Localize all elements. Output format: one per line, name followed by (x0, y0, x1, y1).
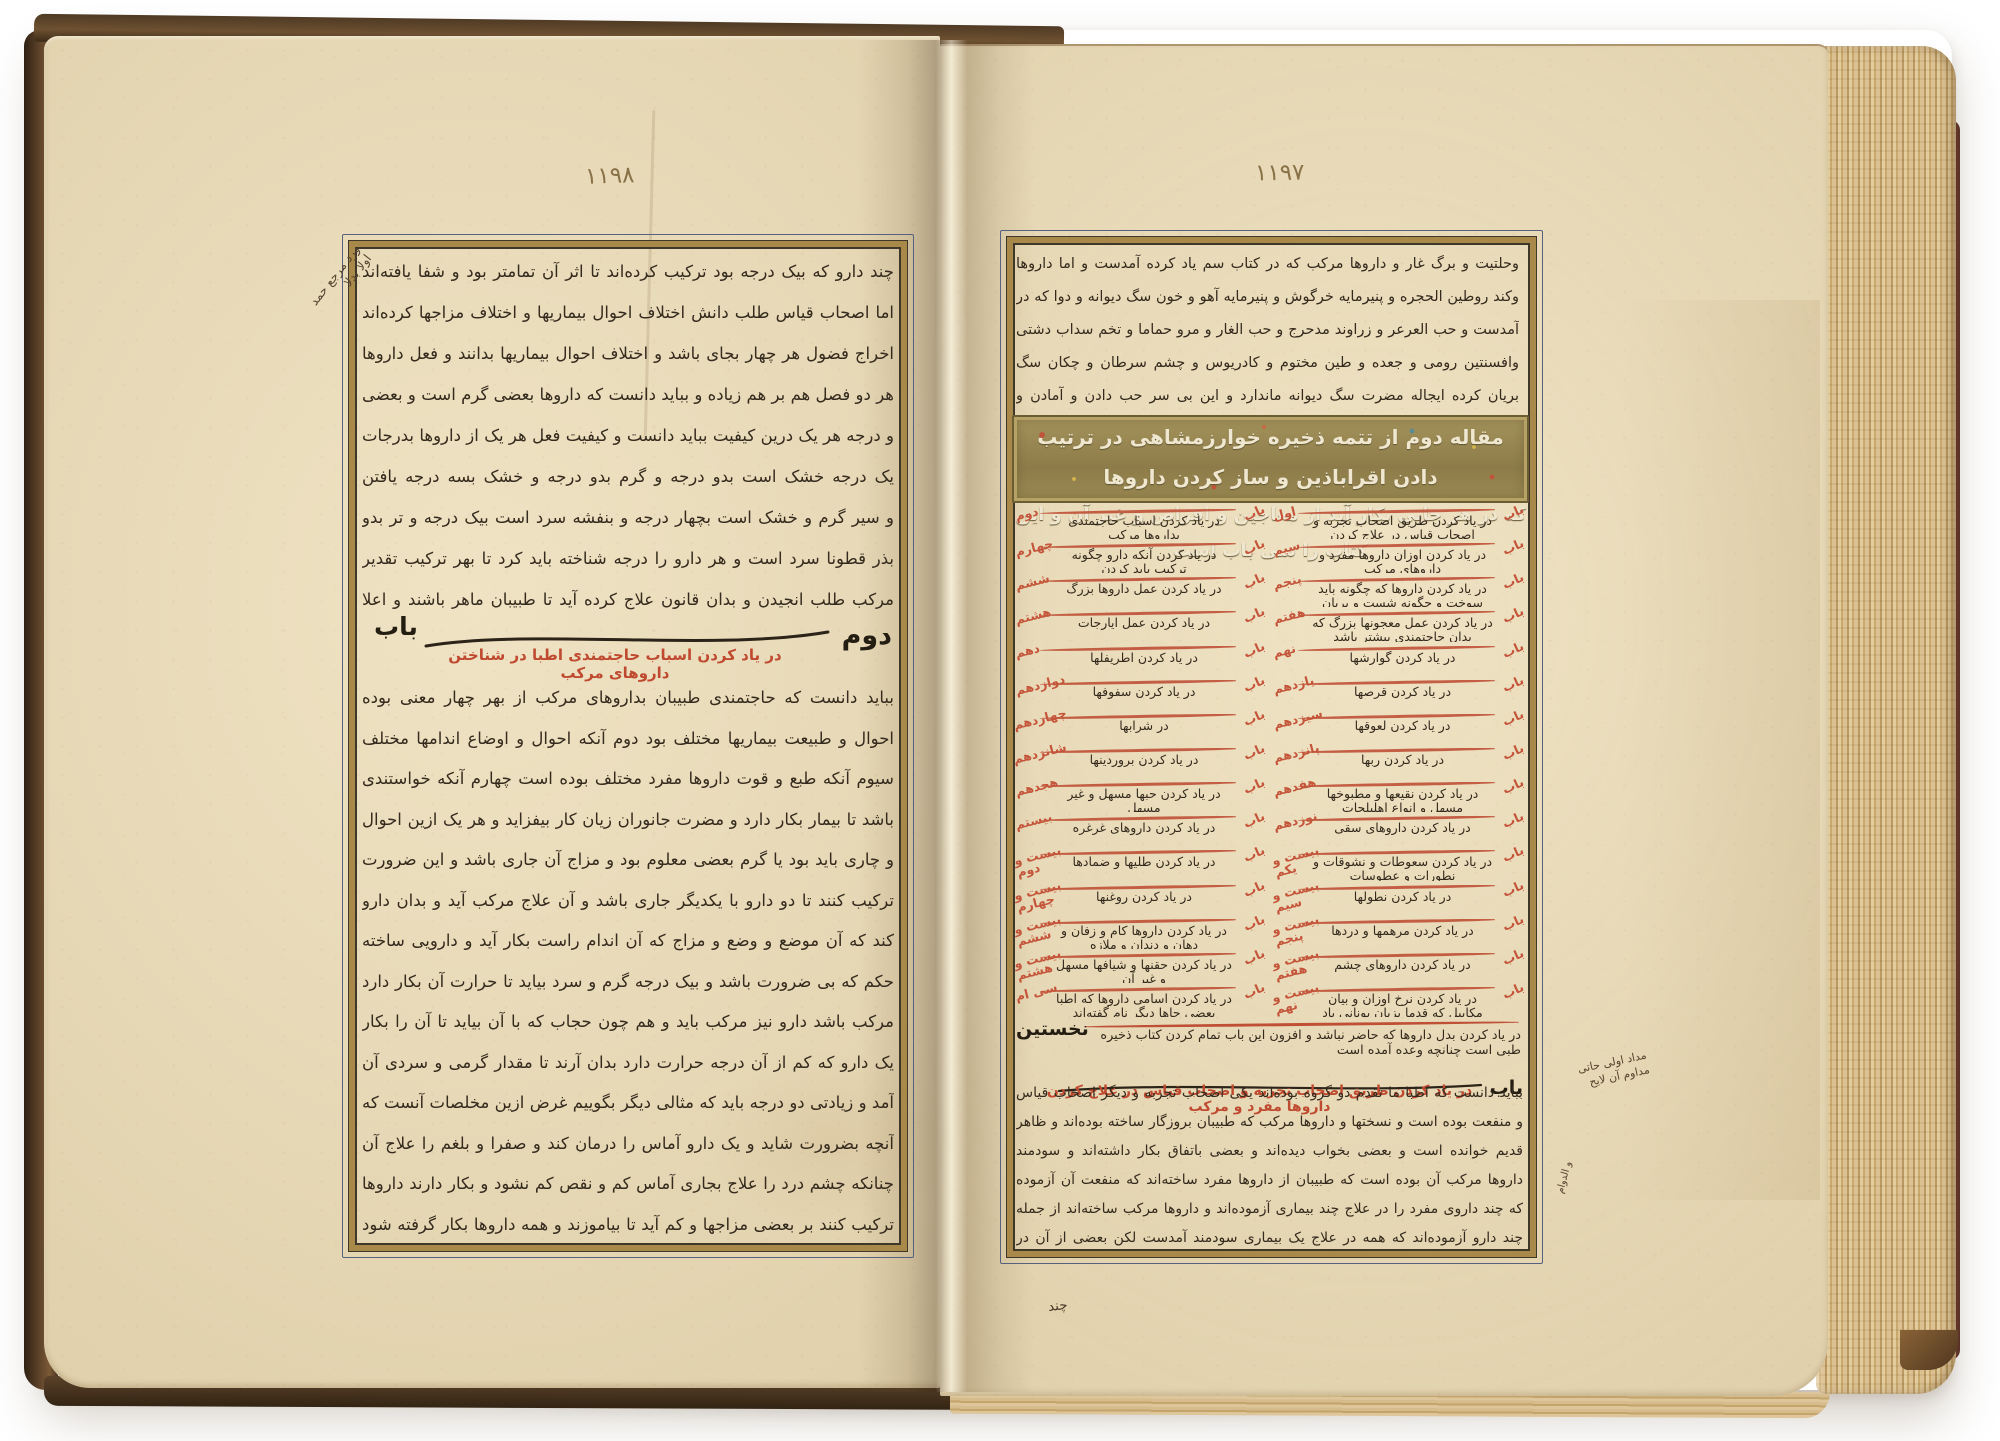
index-column-left: باب دوم در یاد کردن اسباب حاجتمندی بدارو… (1014, 505, 1266, 1017)
manuscript-photo: ١١٩٨ ١١٩٧ چند دارو که بیک درجه بود ترکیب… (0, 0, 2000, 1441)
text-line: بریان کرده ایجاله مضرت سگ دیوانه ماندارد… (1016, 380, 1519, 413)
chapter-ordinal: بیست و دوم (1014, 846, 1069, 879)
text-line: باشد تا بیمار بکار دارد و مضرت جانوران ز… (362, 800, 894, 841)
text-line: مرکب باشد دارو نیز مرکب باید و هم چون حج… (362, 1002, 894, 1043)
chapter-ordinal: بیست و چهارم (1014, 881, 1069, 914)
index-entry: باب بیست و هفتم در یاد کردن داروهای چشم (1272, 949, 1525, 983)
index-entry: باب شانزدهم در یاد کردن بروردینها (1014, 744, 1266, 778)
index-entry: باب هجدهم در یاد کردن حبها مسهل و غیر مس… (1014, 778, 1266, 812)
index-entry: باب هفدهم در یاد کردن نقیعها و مطبوخها م… (1272, 778, 1525, 812)
index-entry-text: در یاد کردن عمل داروها بزرگ (1014, 582, 1266, 596)
bab-word: باب (374, 612, 418, 641)
index-closing-text: در یاد کردن بدل داروها که حاضر نباشد و ا… (1014, 1020, 1525, 1058)
index-entry: باب بیست و دوم در یاد کردن طلیها و ضماده… (1014, 846, 1266, 880)
text-line: وافسنتین رومی و جعده و طین مختوم و کادری… (1016, 347, 1519, 380)
index-entry: باب بیست و پنجم در یاد کردن مرهمها و درد… (1272, 915, 1525, 949)
index-entry: باب بیست و هشتم در یاد کردن حقنها و شیاف… (1014, 949, 1266, 983)
text-line: بذر قطونا سرد است و هر دارو را درجه شناخ… (362, 539, 894, 580)
text-line: اخراج فضول هر چهار بجای باشد و اختلاف اح… (362, 334, 894, 375)
text-line: حکم که بی ضرورت باشد و بیک درجه گرم و سر… (362, 962, 894, 1003)
index-entry: باب بیست و سیم در یاد کردن نطولها (1272, 881, 1525, 915)
text-line: و سیر گرم و خشک است بچهار درجه و بنفشه س… (362, 498, 894, 539)
text-line: آنچه بضرورت شاید و یک دارو آماس را درمان… (362, 1124, 894, 1165)
bab-ordinal-word: نخستین (1016, 1018, 1089, 1040)
paper-stain (1620, 300, 1820, 1200)
folio-number-right: ١١٩٧ (1255, 160, 1305, 187)
chapter-ordinal: دوم (842, 620, 892, 651)
index-entry: باب هفتم در یاد کردن عمل معجونها بزرگ که… (1272, 607, 1525, 641)
index-entry: باب یازدهم در یاد کردن قرصها (1272, 676, 1525, 710)
text-line: کند که آن موضع و وضع و مزاج که آن اندام … (362, 921, 894, 962)
left-page-upper-paragraph: چند دارو که بیک درجه بود ترکیب کرده‌اند … (362, 252, 894, 621)
text-line: چند دارو آزموده‌اند که همه در علاج یک بی… (1016, 1224, 1523, 1253)
text-line: مرکب طلب انجیدن و بدان قانون علاج کرده آ… (362, 580, 894, 621)
index-entry: باب سیم در یاد کردن اوزان داروها مفرد و … (1272, 539, 1525, 573)
text-line: و منفعت بوده است و نسختها و داروها مرکب … (1016, 1108, 1523, 1137)
right-page-upper-paragraph: وحلتیت و برگ غار و داروها مرکب که در کتا… (1016, 248, 1519, 413)
text-line: هر دو فصل هم بر هم زیاده و بباید دانست ک… (362, 375, 894, 416)
index-entry: باب سیزدهم در یاد کردن لعوقها (1272, 710, 1525, 744)
index-entry-text: در یاد کردن اوزان داروها مفرد و داروهای … (1272, 548, 1525, 573)
text-line: یک دارو که کم از آن درجه حرارت دارد بدان… (362, 1043, 894, 1084)
index-column-right: باب اول در یاد کردن طریق اصحاب تجربه و ا… (1272, 505, 1525, 1017)
index-entry: باب بیست و چهارم در یاد کردن روغنها (1014, 881, 1266, 915)
text-line: وحلتیت و برگ غار و داروها مرکب که در کتا… (1016, 248, 1519, 281)
index-entry-text: در یاد کردن عمل معجونها بزرگ که بدان حاج… (1272, 616, 1525, 641)
index-entry-text: در یاد کردن اسامی داروها که اطبا بعضی جا… (1014, 992, 1266, 1017)
catchword: چند (1047, 1297, 1068, 1315)
text-line: و چاری باید بود یا گرم بعضی معلوم بود و … (362, 840, 894, 881)
index-entry-text: در یاد کردن آنکه دارو چگونه ترکیب باید ک… (1014, 548, 1266, 573)
index-entry: باب سی ام در یاد کردن اسامی داروها که اط… (1014, 983, 1266, 1017)
text-line: سیوم آنکه طبع و قوت داروها مفرد مختلف بو… (362, 759, 894, 800)
index-entry: باب دهم در یاد کردن اطریفلها (1014, 642, 1266, 676)
text-line: وکند روطین الحجره و پنیرمایه خرگوش و پنی… (1016, 281, 1519, 314)
fore-edge-page-stack (1816, 46, 1956, 1394)
text-line: آمدست و حب العرعر و زراوند مدحرج و حب ال… (1016, 314, 1519, 347)
illuminated-headpiece: مقاله دوم از تتمه ذخیره خوارزمشاهی در تر… (1012, 415, 1529, 503)
left-page-body-paragraph: بباید دانست که حاجتمندی طبیبان بداروهای … (362, 678, 894, 1245)
index-entry-text: در یاد کردن طریق اصحاب تجربه و اصحاب قیا… (1272, 514, 1525, 539)
text-line: ترکیب کنند بر بعضی مزاجها و کم آید تا بی… (362, 1205, 894, 1246)
index-entry: باب پانزدهم در یاد کردن ربها (1272, 744, 1525, 778)
index-entry: باب هشتم در یاد کردن عمل ایارجات (1014, 607, 1266, 641)
index-entry: باب نوزدهم در یاد کردن داروهای سقی (1272, 812, 1525, 846)
index-entry: باب پنجم در یاد کردن داروها که چگونه بای… (1272, 573, 1525, 607)
text-line: داروها مرکب آن بوده است که طبیبان از دار… (1016, 1166, 1523, 1195)
index-entry: باب بیست و نهم در یاد کردن نرخ اوزان و ب… (1272, 983, 1525, 1017)
right-page-body-paragraph: بباید دانست که اطبا ما تقدم دو گروه بوده… (1016, 1079, 1523, 1253)
index-entry-text: در یاد کردن اطریفلها (1014, 651, 1266, 665)
index-entry: باب بیست و یکم در یاد کردن سعوطات و نشوق… (1272, 846, 1525, 880)
text-line: بباید دانست که اطبا ما تقدم دو گروه بوده… (1016, 1079, 1523, 1108)
index-entry: باب چهارم در یاد کردن آنکه دارو چگونه تر… (1014, 539, 1266, 573)
text-line: چند دارو که بیک درجه بود ترکیب کرده‌اند … (362, 252, 894, 293)
text-line: آمد و زیادتی دو درجه باید که مثالی دیگر … (362, 1083, 894, 1124)
folio-number-left: ١١٩٨ (585, 162, 635, 190)
chapter-ordinal: بیست و هفتم (1272, 949, 1327, 982)
text-line: یک درجه خشک است بدو درجه و گرم بدو درجه … (362, 457, 894, 498)
index-entry-text: در یاد کردن گوارشها (1272, 651, 1525, 665)
index-entry: باب اول در یاد کردن طریق اصحاب تجربه و ا… (1272, 505, 1525, 539)
index-entry-text: در یاد کردن اسباب حاجتمندی بداروها مرکب (1014, 514, 1266, 539)
index-entry: باب بیستم در یاد کردن داروهای غرغره (1014, 812, 1266, 846)
text-line: چنانکه چشم درد را علاج بجاری آماس کم و ن… (362, 1164, 894, 1205)
index-entry: باب بیست و ششم در یاد کردن داروها کام و … (1014, 915, 1266, 949)
index-entry: باب دوازدهم در یاد کردن سفوفها (1014, 676, 1266, 710)
text-line: بباید دانست که حاجتمندی طبیبان بداروهای … (362, 678, 894, 719)
index-entry-text: در یاد کردن نقیعها و مطبوخها مسهل و انوا… (1272, 787, 1525, 812)
text-line: و درجه هر یک درین کیفیت بباید دانست و کی… (362, 416, 894, 457)
index-entry-text: در یاد کردن داروها که چگونه باید سوخت و … (1272, 582, 1525, 607)
text-line: احوال و طبیعت بیماریها مختلف بود دوم آنک… (362, 719, 894, 760)
index-entry: باب نهم در یاد کردن گوارشها (1272, 642, 1525, 676)
text-line: که چند داروی مفرد را در علاج چند بیماری … (1016, 1195, 1523, 1224)
index-entry: باب چهاردهم در شرابها (1014, 710, 1266, 744)
text-line: ترکیب کنند تا دو دارو با یکدیگر جاری باش… (362, 881, 894, 922)
chapter-index: باب دوم در یاد کردن اسباب حاجتمندی بدارو… (1014, 505, 1525, 1017)
chapter-subtitle-red: در یاد کردن اسباب حاجتمندی اطبا در شناخت… (430, 646, 800, 682)
chapter-ordinal: بیست و سیم (1272, 881, 1327, 914)
index-closing-line: در یاد کردن بدل داروها که حاضر نباشد و ا… (1014, 1020, 1525, 1050)
text-line: اما اصحاب قیاس طلب دانش اختلاف احوال بیم… (362, 293, 894, 334)
headpiece-line: مقاله دوم از تتمه ذخیره خوارزمشاهی در تر… (1014, 417, 1527, 497)
index-entry: باب ششم در یاد کردن عمل داروها بزرگ (1014, 573, 1266, 607)
chapter-ordinal: بیست و پنجم (1272, 915, 1327, 948)
index-entry: باب دوم در یاد کردن اسباب حاجتمندی بدارو… (1014, 505, 1266, 539)
chapter-heading-left: دوم باب در یاد کردن اسباب حاجتمندی اطبا … (362, 620, 894, 674)
text-line: قدیم خوانده است و بعضی بخواب دیده‌اند و … (1016, 1137, 1523, 1166)
index-entry-text: در یاد کردن حبها مسهل و غیر مسهل (1014, 787, 1266, 812)
